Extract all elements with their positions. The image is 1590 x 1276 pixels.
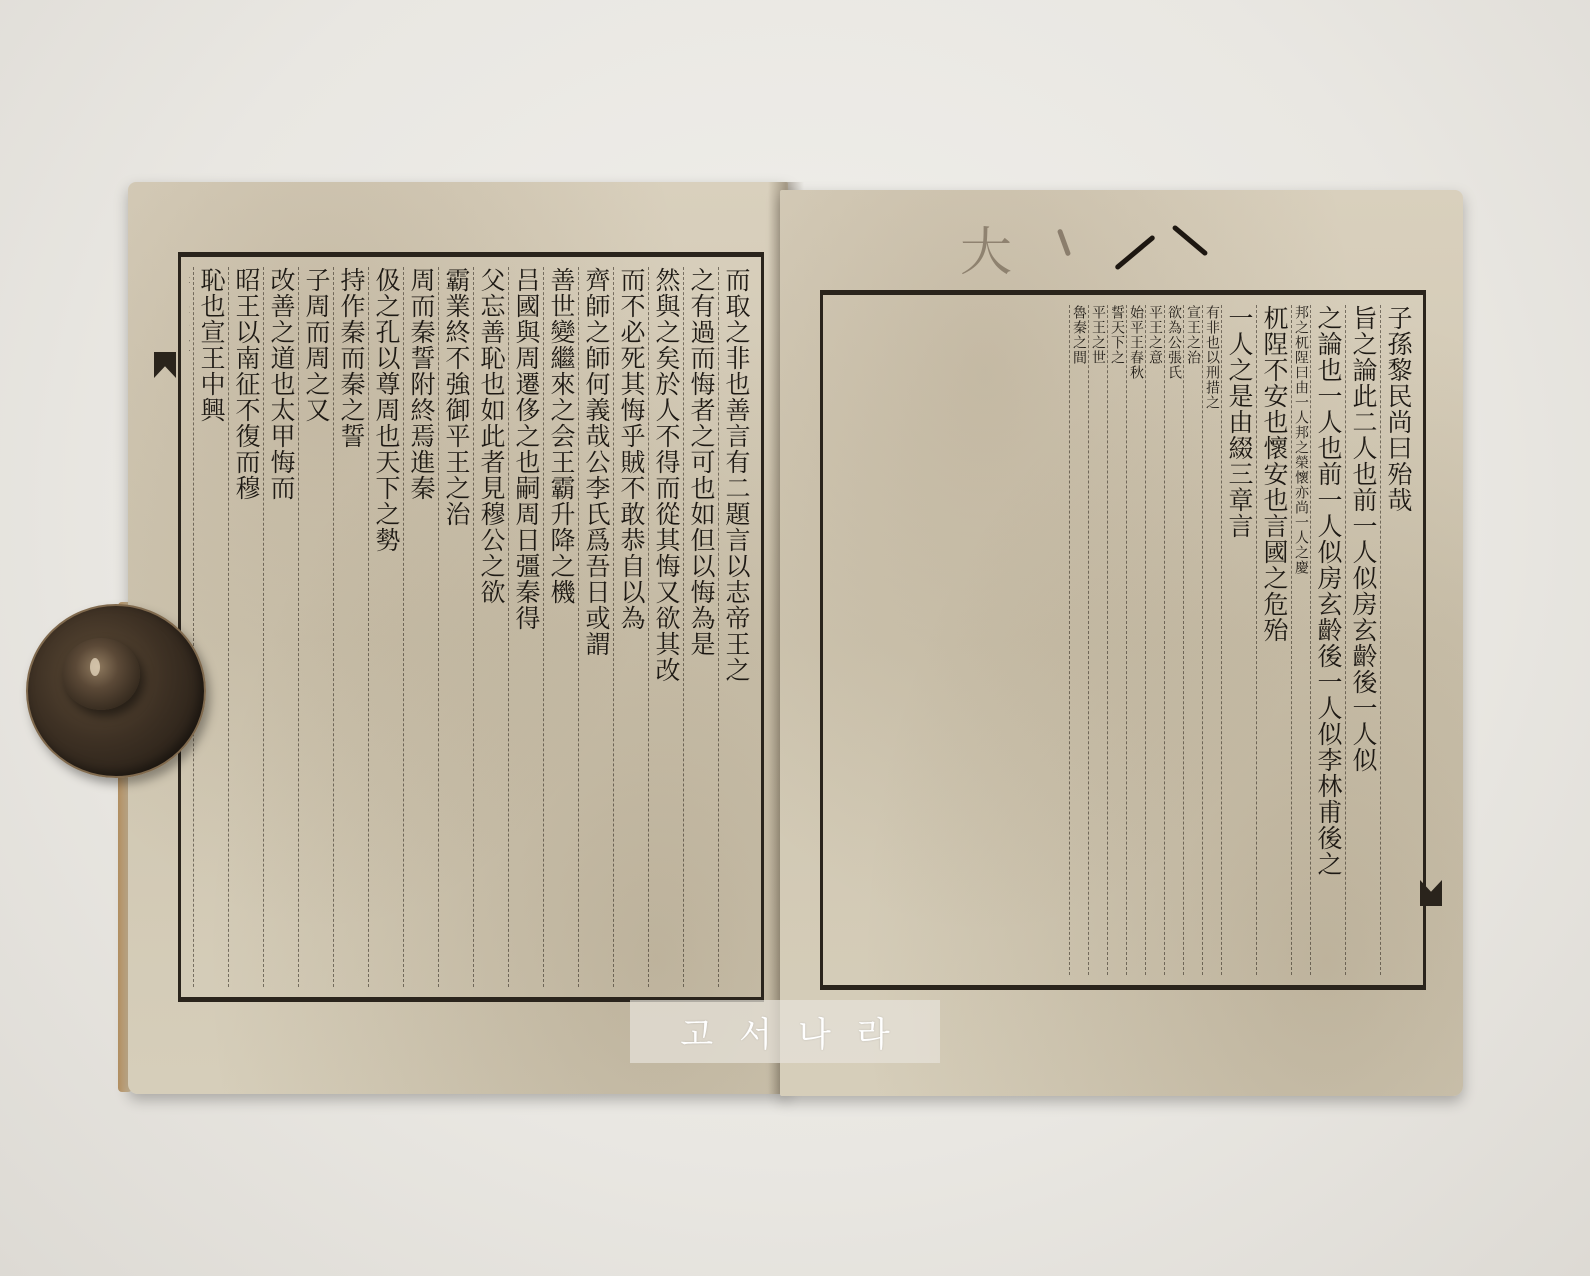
text-column: 霸業終不強御平王之治: [438, 267, 473, 987]
text-column: 然與之矣於人不得而從其悔又欲其改: [648, 267, 683, 987]
commentary-column: 誓天下之: [1107, 305, 1126, 975]
text-column: 伋之孔以尊周也天下之勢: [368, 267, 403, 987]
commentary-column: 宣王之治: [1183, 305, 1202, 975]
text-column: 杌陧不安也懷安也言國之危殆: [1256, 305, 1291, 975]
commentary-column: 有非也以刑措之: [1202, 305, 1221, 975]
ink-stroke: [1114, 235, 1156, 271]
text-column: 一人之是由綴三章言: [1221, 305, 1256, 975]
commentary-column: 平王之意: [1145, 305, 1164, 975]
text-column: 之論也一人也前一人似房玄齡後一人似李林甫後之: [1310, 305, 1345, 975]
faint-margin-character: 大: [960, 210, 1012, 285]
brass-paperweight: [26, 604, 206, 778]
commentary-column: 邦之杌陧曰由一人邦之榮懷亦尚一人之慶: [1291, 305, 1310, 975]
photo-scene: 而取之非也善言有二題言以志帝王之 之有過而悔者之可也如但以悔為是 然與之矣於人不…: [0, 0, 1590, 1276]
text-column: 而不必死其悔乎賊不敢恭自以為: [613, 267, 648, 987]
text-column: 吕國與周遷侈之也嗣周日彊秦得: [508, 267, 543, 987]
left-page-print-frame: 而取之非也善言有二題言以志帝王之 之有過而悔者之可也如但以悔為是 然與之矣於人不…: [178, 252, 764, 1002]
ink-stroke: [1057, 228, 1071, 256]
text-column: 持作秦而秦之誓: [333, 267, 368, 987]
text-column: 善世變繼來之会王霸升降之機: [543, 267, 578, 987]
text-column: 改善之道也太甲悔而: [263, 267, 298, 987]
right-page-print-frame: 子孫黎民尚曰殆哉 旨之論此二人也前一人似房玄齡後一人似 之論也一人也前一人似房玄…: [820, 290, 1426, 990]
paperweight-highlight: [90, 658, 100, 676]
commentary-column: 欲為公張氏: [1164, 305, 1183, 975]
right-page: 大 子孫黎民尚曰殆哉 旨之論此二人也前一人似房玄齡後一人似 之論也一人也前一人似…: [780, 190, 1463, 1096]
text-column: 恥也宣王中興: [193, 267, 228, 987]
text-column: 之有過而悔者之可也如但以悔為是: [683, 267, 718, 987]
commentary-column: 魯秦之間: [1069, 305, 1088, 975]
watermark: 고서나라: [630, 1000, 940, 1063]
text-column: 旨之論此二人也前一人似房玄齡後一人似: [1345, 305, 1380, 975]
handwritten-margin-marks: 大: [960, 210, 1290, 280]
title-column: 子孫黎民尚曰殆哉: [1380, 305, 1415, 975]
text-column: 昭王以南征不復而穆: [228, 267, 263, 987]
text-column: 父忘善恥也如此者見穆公之欲: [473, 267, 508, 987]
left-page: 而取之非也善言有二題言以志帝王之 之有過而悔者之可也如但以悔為是 然與之矣於人不…: [128, 182, 788, 1094]
text-column: 子周而周之又: [298, 267, 333, 987]
right-page-text: 子孫黎民尚曰殆哉 旨之論此二人也前一人似房玄齡後一人似 之論也一人也前一人似房玄…: [831, 305, 1415, 975]
fishtail-mark-icon: [154, 352, 176, 378]
text-column: 齊師之師何義哉公李氏爲吾日或謂: [578, 267, 613, 987]
left-page-text: 而取之非也善言有二題言以志帝王之 之有過而悔者之可也如但以悔為是 然與之矣於人不…: [189, 267, 753, 987]
commentary-column: 平王之世: [1088, 305, 1107, 975]
text-column: 周而秦誓附終焉進秦: [403, 267, 438, 987]
text-column: 秦穆推信: [189, 267, 193, 987]
paperweight-knob: [62, 638, 140, 710]
text-column: 而取之非也善言有二題言以志帝王之: [718, 267, 753, 987]
ink-stroke: [1172, 224, 1209, 256]
commentary-column: 始平王春秋: [1126, 305, 1145, 975]
open-book: 而取之非也善言有二題言以志帝王之 之有過而悔者之可也如但以悔為是 然與之矣於人不…: [128, 182, 1463, 1094]
